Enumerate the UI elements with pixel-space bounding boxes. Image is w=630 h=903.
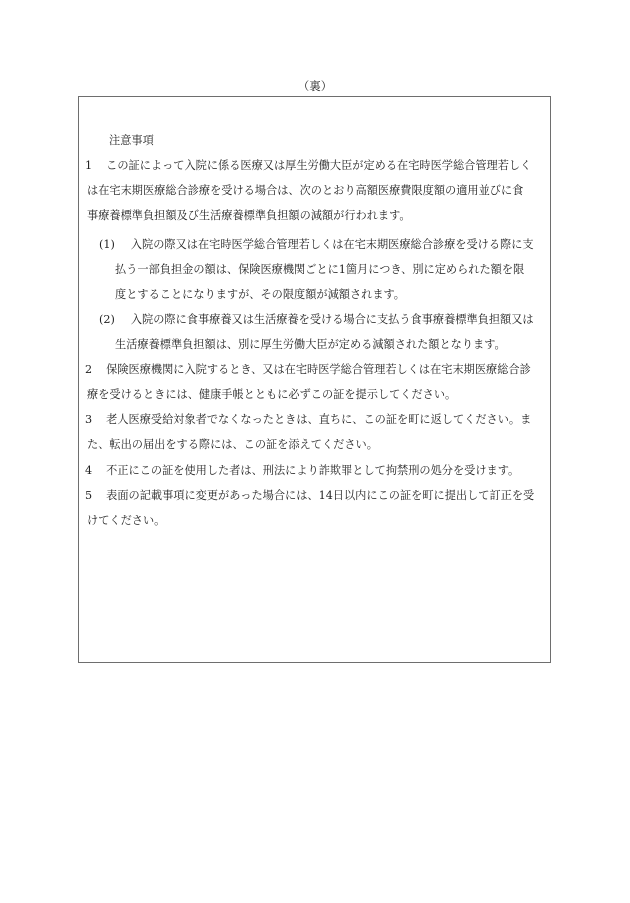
- note-line: 療を受けるときには、健康手帳とともに必ずこの証を提示してください。: [87, 388, 456, 402]
- note-line: 不正にこの証を使用した者は、刑法により詐欺罪として拘禁刑の処分を受けます。: [106, 464, 519, 477]
- note-line: 払う一部負担金の額は、保険医療機関ごとに1箇月につき、別に定められた額を限: [115, 263, 524, 277]
- note-number: 1: [85, 159, 92, 173]
- note-line: 老人医療受給対象者でなくなったときは、直ちに、この証を町に返してください。ま: [106, 413, 531, 426]
- note-item-1: 1この証によって入院に係る医療又は厚生労働大臣が定める在宅時医学総合管理若しく: [85, 159, 531, 173]
- note-item-3: 3老人医療受給対象者でなくなったときは、直ちに、この証を町に返してください。ま: [85, 413, 531, 427]
- note-item-4: 4不正にこの証を使用した者は、刑法により詐欺罪として拘禁刑の処分を受けます。: [85, 464, 519, 478]
- note-number: 4: [85, 464, 92, 478]
- note-line: 表面の記載事項に変更があった場合には、14日以内にこの証を町に提出して訂正を受: [106, 489, 534, 502]
- note-line: 生活療養標準負担額は、別に厚生労働大臣が定める減額された額となります。: [115, 338, 506, 352]
- subitem-number: (2): [99, 313, 115, 327]
- note-item-2: 2保険医療機関に入院するとき、又は在宅時医学総合管理若しくは在宅末期医療総合診: [85, 363, 531, 377]
- notes-heading: 注意事項: [109, 134, 154, 148]
- note-line: 事療養標準負担額及び生活療養標準負担額の減額が行われます。: [87, 209, 411, 223]
- note-item-5: 5表面の記載事項に変更があった場合には、14日以内にこの証を町に提出して訂正を受: [85, 489, 534, 503]
- page-side-label: （裏）: [0, 78, 630, 94]
- note-line: けてください。: [87, 514, 165, 528]
- note-line: た、転出の届出をする際には、この証を添えてください。: [87, 438, 378, 452]
- note-line: 度とすることになりますが、その限度額が減額されます。: [115, 288, 405, 302]
- subitem-number: (1): [99, 238, 115, 252]
- note-line: 入院の際又は在宅時医学総合管理若しくは在宅末期医療総合診療を受ける際に支: [131, 238, 534, 251]
- note-number: 3: [85, 413, 92, 427]
- note-line: は在宅末期医療総合診療を受ける場合は、次のとおり高額医療費限度額の適用並びに食: [87, 184, 523, 198]
- note-number: 5: [85, 489, 92, 503]
- note-line: 保険医療機関に入院するとき、又は在宅時医学総合管理若しくは在宅末期医療総合診: [106, 363, 531, 376]
- note-line: 入院の際に食事療養又は生活療養を受ける場合に支払う食事療養標準負担額又は: [131, 313, 534, 326]
- note-subitem-2: (2)入院の際に食事療養又は生活療養を受ける場合に支払う食事療養標準負担額又は: [99, 313, 534, 327]
- notes-box: 注意事項 1この証によって入院に係る医療又は厚生労働大臣が定める在宅時医学総合管…: [78, 96, 551, 663]
- note-line: この証によって入院に係る医療又は厚生労働大臣が定める在宅時医学総合管理若しく: [106, 159, 531, 172]
- note-subitem-1: (1)入院の際又は在宅時医学総合管理若しくは在宅末期医療総合診療を受ける際に支: [99, 238, 534, 252]
- note-number: 2: [85, 363, 92, 377]
